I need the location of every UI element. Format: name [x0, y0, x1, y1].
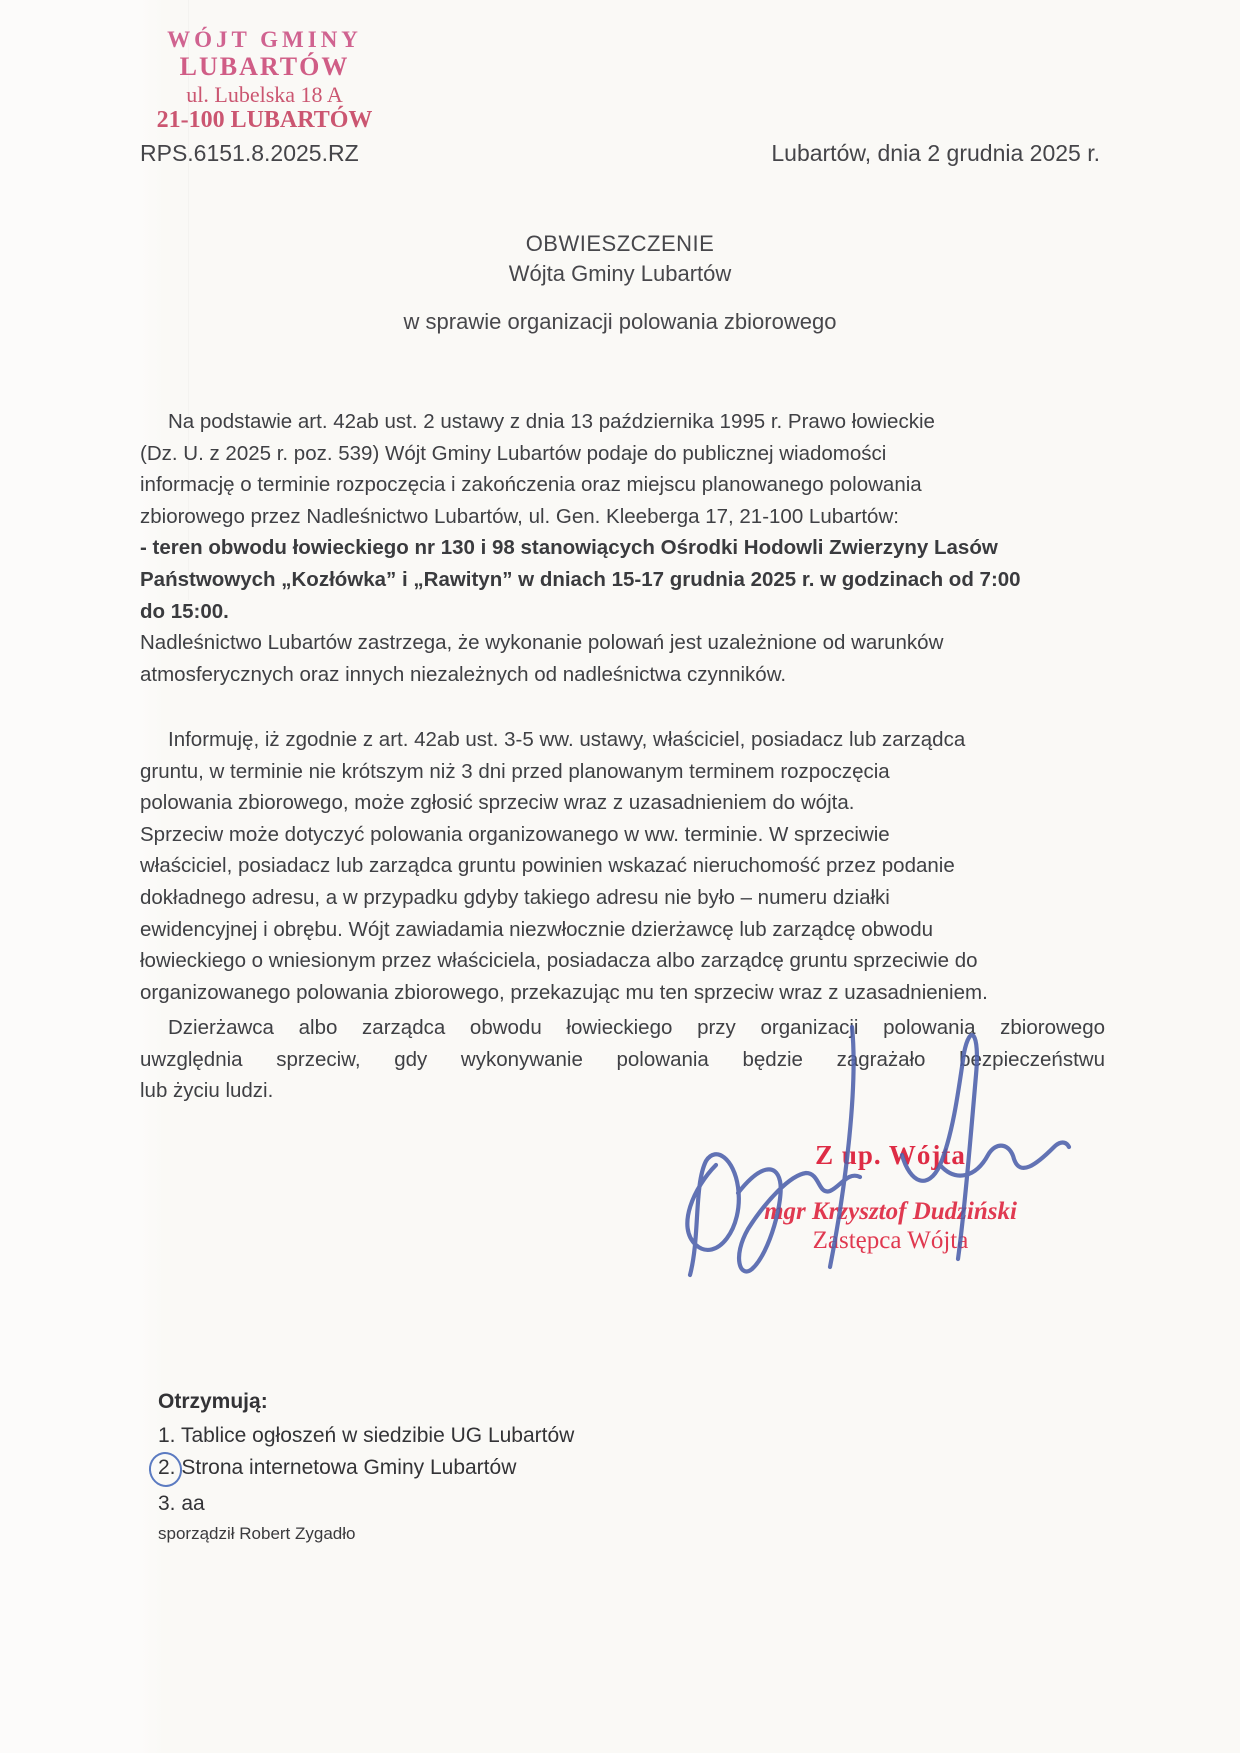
body-line: ewidencyjnej i obrębu. Wójt zawiadamia n… — [140, 914, 1105, 946]
distribution-item: 1. Tablice ogłoszeń w siedzibie UG Lubar… — [158, 1424, 574, 1448]
paragraph-legal-basis: Na podstawie art. 42ab ust. 2 ustawy z d… — [140, 406, 1105, 690]
signature-block: Z up. Wójta mgr Krzysztof Dudziński Zast… — [620, 1015, 1090, 1300]
body-line: organizowanego polowania zbiorowego, prz… — [140, 977, 1105, 1009]
body-line: właściciel, posiadacz lub zarządca grunt… — [140, 850, 1105, 882]
paragraph-objection-procedure: Informuję, iż zgodnie z art. 42ab ust. 3… — [140, 724, 1105, 1008]
prepared-by: sporządził Robert Zygadło — [158, 1524, 355, 1544]
sender-stamp: WÓJT GMINY LUBARTÓW ul. Lubelska 18 A 21… — [152, 28, 377, 134]
body-line: polowania zbiorowego, może zgłosić sprze… — [140, 787, 1105, 819]
body-line-hunting-hours: do 15:00. — [140, 596, 1105, 628]
pen-circle-annotation — [145, 1449, 185, 1491]
distribution-heading: Otrzymują: — [158, 1390, 268, 1414]
body-line: łowieckiego o wniesionym przez właścicie… — [140, 945, 1105, 977]
handwritten-signature — [620, 1015, 1090, 1300]
body-line: Sprzeciw może dotyczyć polowania organiz… — [140, 819, 1105, 851]
distribution-item: 2. Strona internetowa Gminy Lubartów — [158, 1456, 516, 1480]
document-title-issuer: Wójta Gminy Lubartów — [140, 261, 1100, 287]
body-line: zbiorowego przez Nadleśnictwo Lubartów, … — [140, 501, 1105, 533]
body-line: Informuję, iż zgodnie z art. 42ab ust. 3… — [140, 724, 1105, 756]
document-subject: w sprawie organizacji polowania zbiorowe… — [140, 309, 1100, 335]
distribution-item: 3. aa — [158, 1492, 205, 1516]
body-line: atmosferycznych oraz innych niezależnych… — [140, 659, 1105, 691]
sender-stamp-street: ul. Lubelska 18 A — [152, 83, 377, 106]
scanned-official-letter: WÓJT GMINY LUBARTÓW ul. Lubelska 18 A 21… — [0, 0, 1240, 1753]
body-line: dokładnego adresu, a w przypadku gdyby t… — [140, 882, 1105, 914]
body-line-hunting-dates: Państwowych „Kozłówka” i „Rawityn” w dni… — [140, 564, 1105, 596]
body-line-hunting-area: - teren obwodu łowieckiego nr 130 i 98 s… — [140, 532, 1105, 564]
body-line: Nadleśnictwo Lubartów zastrzega, że wyko… — [140, 627, 1105, 659]
body-line: gruntu, w terminie nie krótszym niż 3 dn… — [140, 756, 1105, 788]
sender-stamp-postal: 21-100 LUBARTÓW — [152, 108, 377, 133]
place-and-date: Lubartów, dnia 2 grudnia 2025 r. — [140, 140, 1100, 167]
body-line: (Dz. U. z 2025 r. poz. 539) Wójt Gminy L… — [140, 438, 1105, 470]
sender-stamp-office: WÓJT GMINY — [152, 28, 377, 52]
document-title: OBWIESZCZENIE — [140, 231, 1100, 257]
body-line: informację o terminie rozpoczęcia i zako… — [140, 469, 1105, 501]
body-line: Na podstawie art. 42ab ust. 2 ustawy z d… — [140, 406, 1105, 438]
sender-stamp-town: LUBARTÓW — [152, 53, 377, 81]
